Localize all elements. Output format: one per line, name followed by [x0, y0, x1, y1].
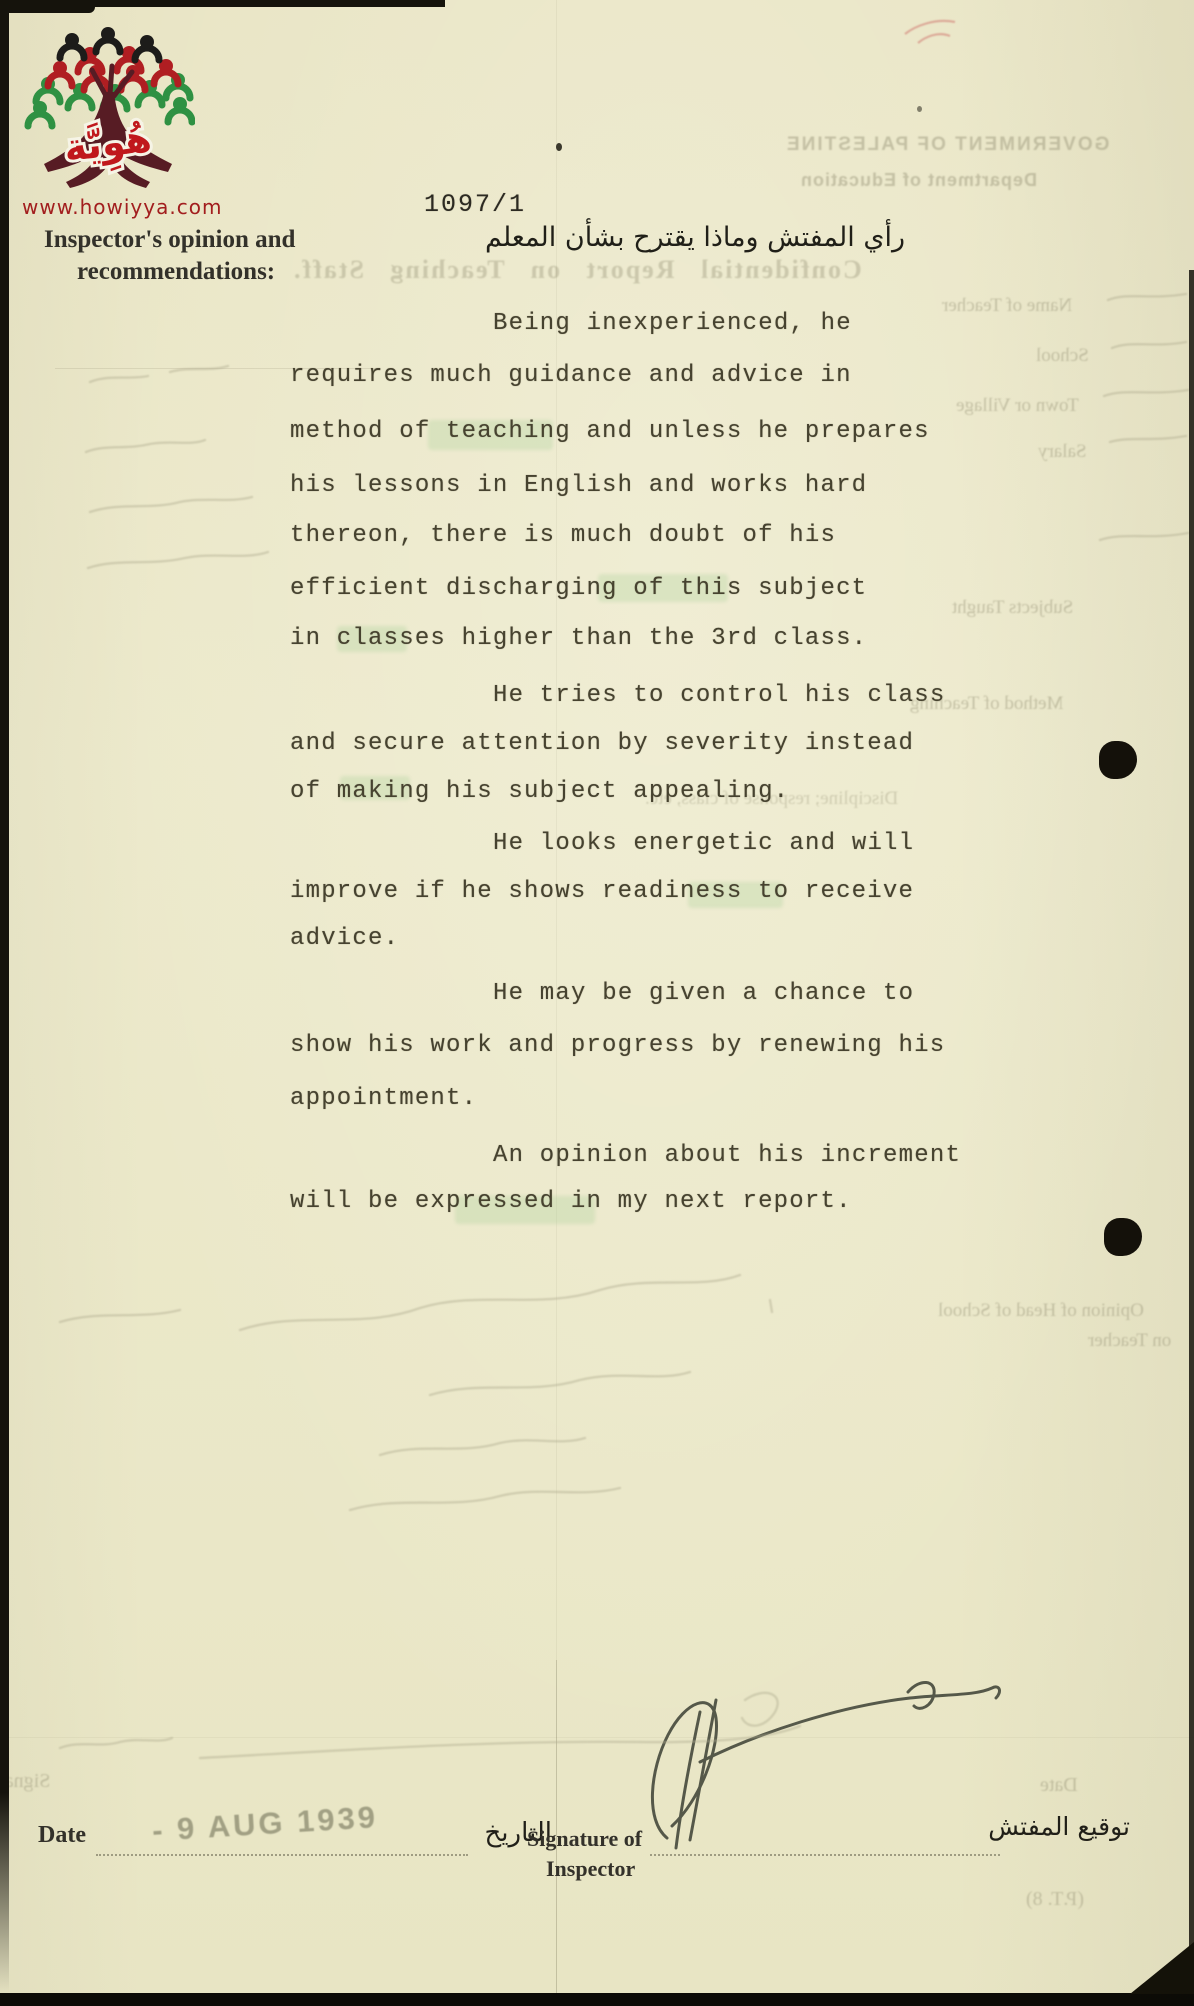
typed-line: requires much guidance and advice in [290, 362, 852, 389]
bleed-field-school: School [1036, 345, 1089, 367]
field-label-inspectors-opinion-line1: Inspector's opinion and [44, 226, 295, 254]
date-label: Date [38, 1822, 86, 1849]
typed-line: appointment. [290, 1085, 477, 1112]
reference-number: 1097/1 [424, 190, 526, 219]
signature-label-arabic: توقيع المفتش [1000, 1812, 1130, 1841]
calligraphy-overlay: هُوِيَّة هُوِيَّة [61, 115, 154, 178]
bleed-department-line: Department of Education [800, 170, 1037, 191]
bleed-report-title: Confidential Report on Teaching Staff. [292, 255, 862, 285]
typed-line: He tries to control his class [493, 682, 945, 709]
ink-dot [1104, 1218, 1142, 1256]
howiyya-watermark-logo: هُوِيَّة هُوِيَّة [20, 6, 195, 206]
scan-corner-bottom-right [1130, 1942, 1194, 1994]
bleed-footer-date: Date [1040, 1774, 1078, 1797]
signature-label-line2: Inspector [546, 1856, 635, 1882]
ink-dot [1099, 741, 1137, 779]
bleed-pto-mark: (P.T. 8) [1026, 1888, 1084, 1911]
typed-line: improve if he shows readiness to receive [290, 878, 914, 905]
typed-line: An opinion about his increment [493, 1142, 961, 1169]
typed-line: his lessons in English and works hard [290, 472, 867, 499]
scan-edge-top-corner [0, 0, 95, 13]
typed-line: He looks energetic and will [493, 830, 914, 857]
typed-line: will be expressed in my next report. [290, 1188, 852, 1215]
typed-line: Being inexperienced, he [493, 310, 852, 337]
signature-label-line1: Signature of [527, 1826, 642, 1852]
bleed-opinion-head-line1: Opinion of Head of School [938, 1300, 1144, 1322]
bleed-field-salary: Salary [1038, 441, 1087, 463]
svg-text:هُوِيَّة: هُوِيَّة [61, 115, 154, 178]
bleed-government-line: GOVERNMENT OF PALESTINE [785, 134, 1109, 156]
scan-edge-right [1189, 270, 1194, 1994]
typed-line: He may be given a chance to [493, 980, 914, 1007]
field-label-inspectors-opinion-line2: recommendations: [77, 258, 275, 286]
scan-edge-left [0, 0, 9, 1992]
scan-edge-bottom [0, 1993, 1194, 2006]
horizontal-crease-footer [0, 1737, 1194, 1738]
bleed-opinion-head-line2: on Teacher [1088, 1330, 1171, 1352]
scanned-document-page: GOVERNMENT OF PALESTINE Department of Ed… [0, 0, 1194, 2006]
typed-line: of making his subject appealing. [290, 778, 789, 805]
field-label-arabic: رأي المفتش وماذا يقترح بشأن المعلم [585, 222, 905, 253]
bleed-handwriting [60, 294, 1188, 1758]
typed-line: show his work and progress by renewing h… [290, 1032, 945, 1059]
inspector-signature [652, 1682, 999, 1848]
typed-line: method of teaching and unless he prepare… [290, 418, 930, 445]
signature-dotted-line [650, 1828, 1000, 1856]
bleed-field-subjects-taught: Subjects Taught [952, 597, 1073, 619]
faint-red-mark [905, 21, 955, 43]
ink-speck [917, 106, 922, 112]
watermark-url: www.howiyya.com [22, 195, 222, 219]
typed-line: efficient discharging of this subject [290, 575, 867, 602]
bleed-field-town-or-village: Town or Village [956, 395, 1079, 417]
typed-line: and secure attention by severity instead [290, 730, 914, 757]
typed-line: advice. [290, 925, 399, 952]
bleed-field-name-of-teacher: Name of Teacher [942, 295, 1072, 317]
typed-line: in classes higher than the 3rd class. [290, 625, 867, 652]
typed-line: thereon, there is much doubt of his [290, 522, 836, 549]
ink-speck [556, 143, 562, 151]
